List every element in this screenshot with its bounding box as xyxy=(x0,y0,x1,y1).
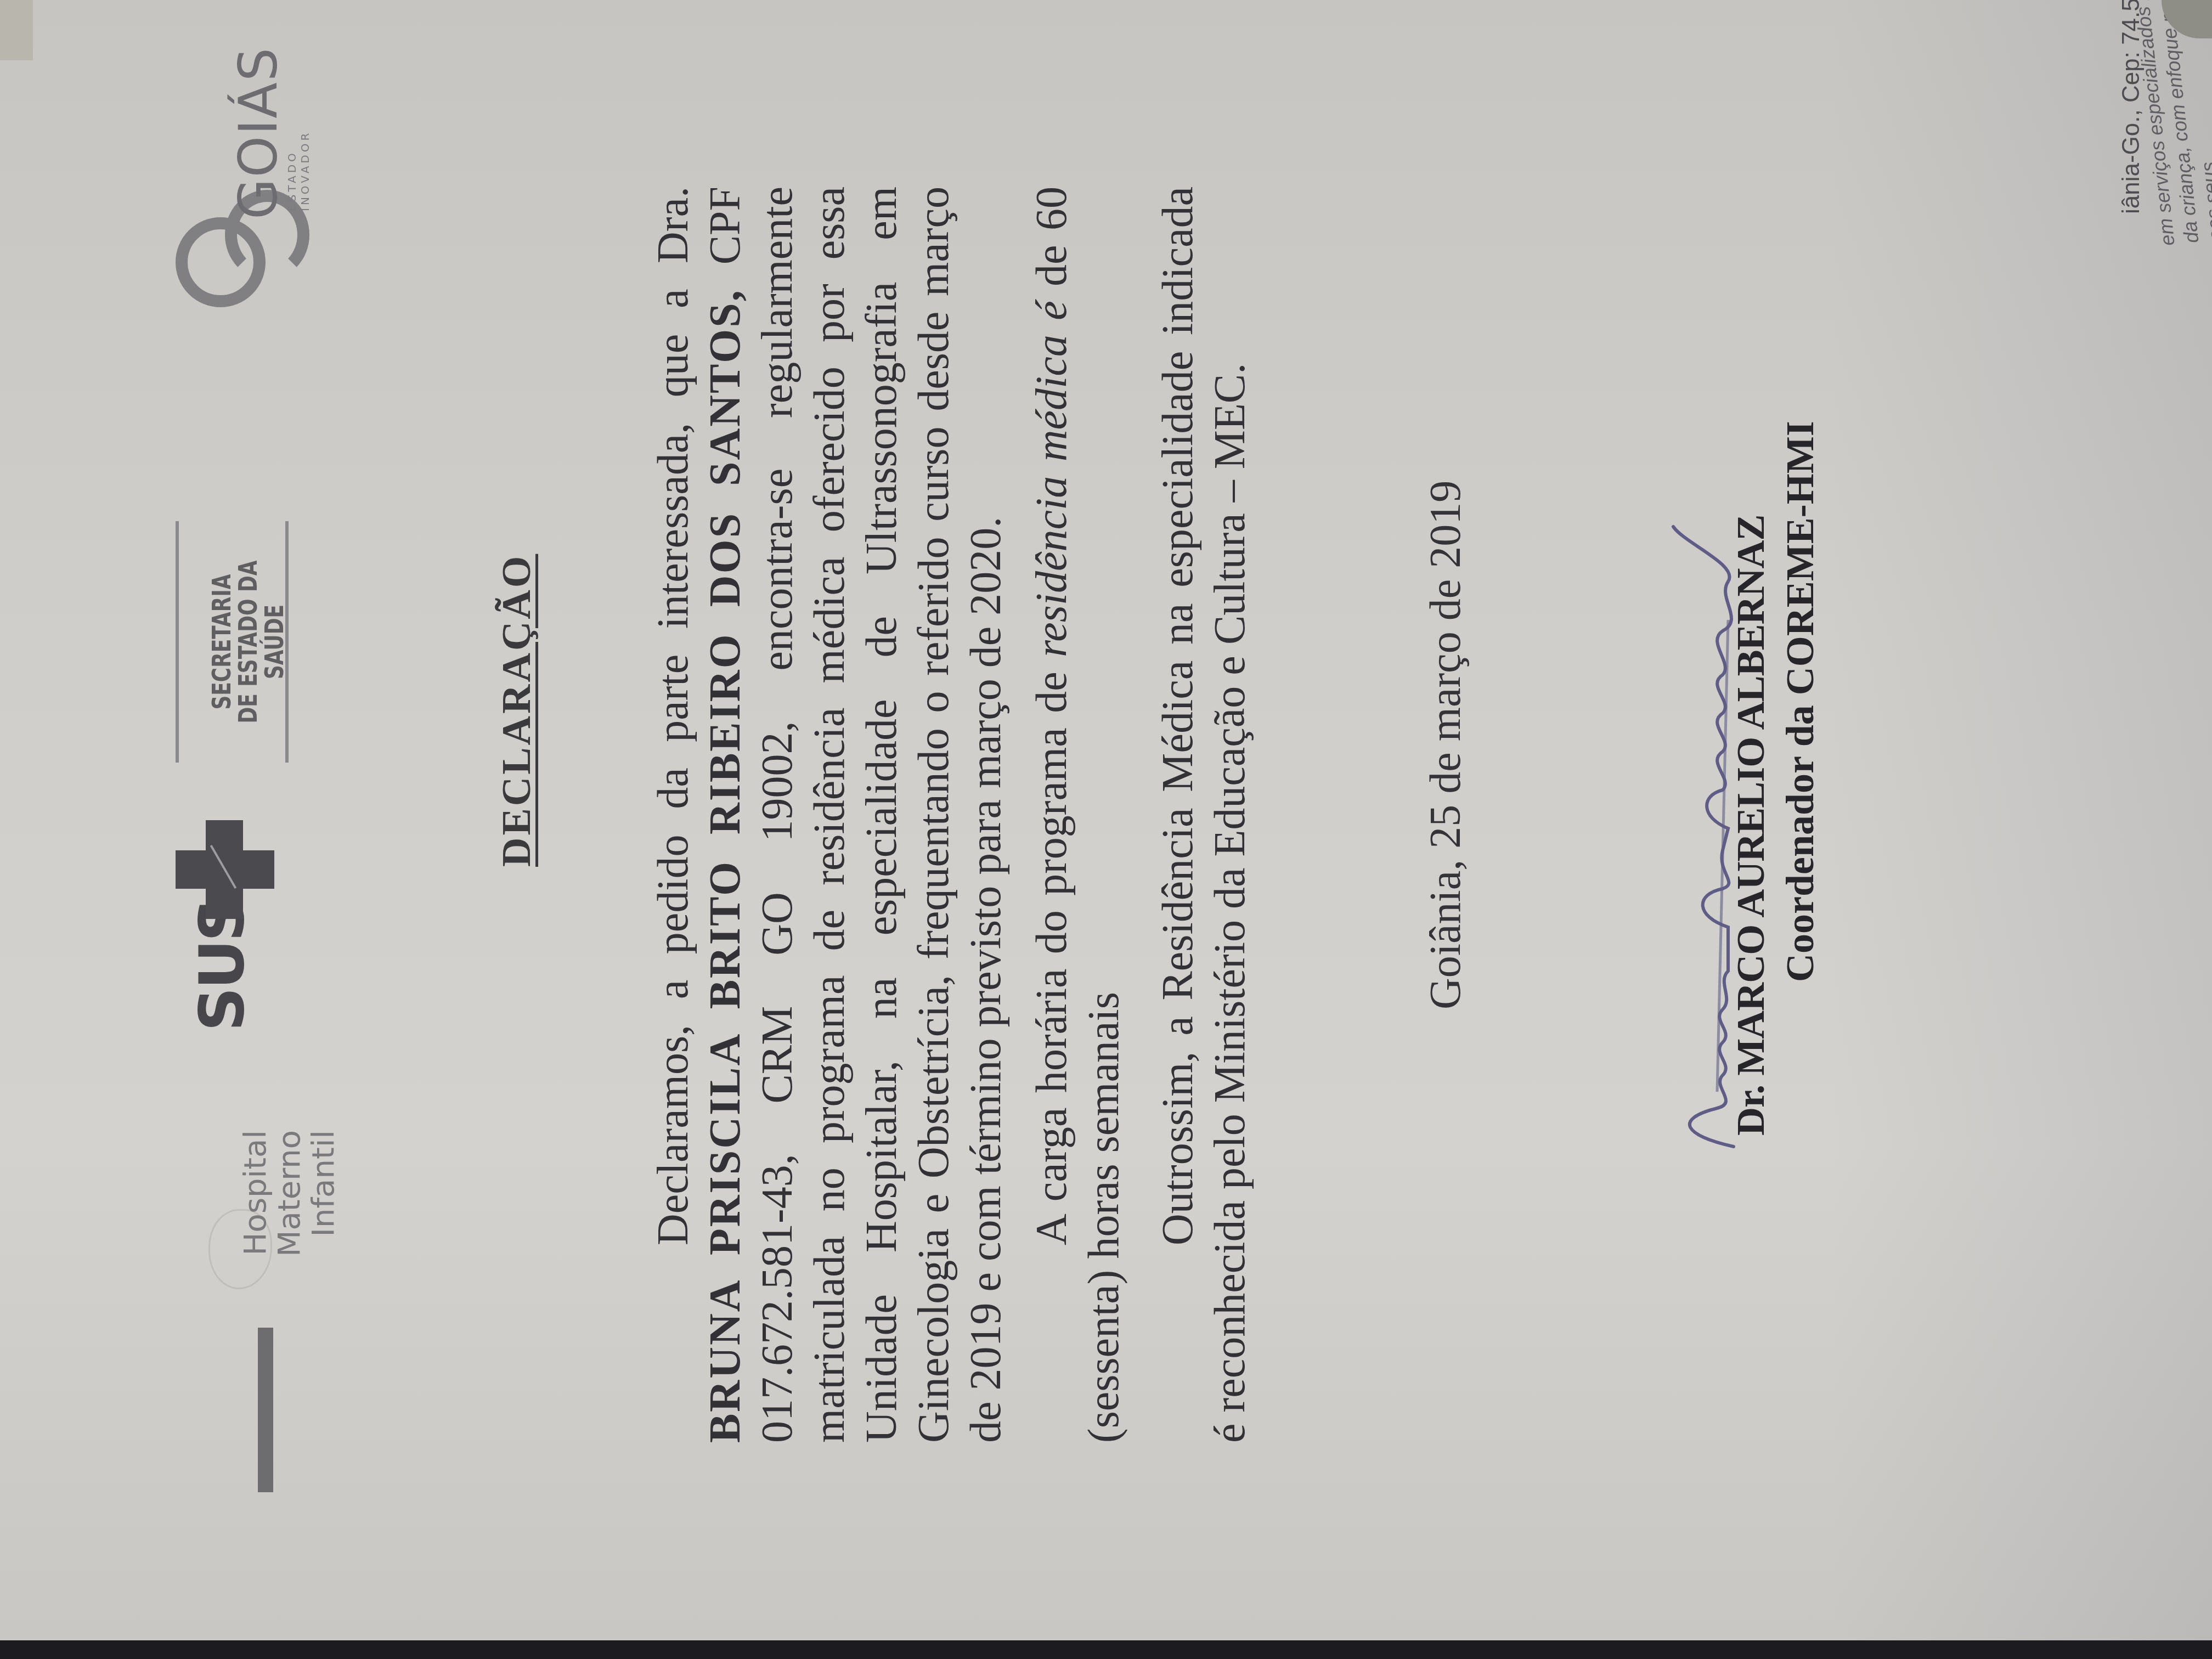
goias-logo: GOIÁS ESTADO INOVADOR xyxy=(165,71,307,324)
background-table-edge xyxy=(0,1638,2212,1659)
paragraph-declaration: Declaramos, a pedido da parte interessad… xyxy=(647,187,1012,1443)
hospital-name: Hospital Materno Infantil xyxy=(239,1130,341,1311)
sus-logo: SUS xyxy=(165,790,274,1031)
document-title: DECLARAÇÃO xyxy=(494,554,540,867)
secretaria-top-rule xyxy=(176,521,179,763)
paragraph-workload: A carga horária do programa de residênci… xyxy=(1026,187,1130,1443)
document-page: Hospital Materno Infantil SUS SECRETARIA… xyxy=(0,0,2212,1640)
secretaria-logo: SECRETARIA DE ESTADO DA SAÚDE xyxy=(176,521,302,763)
hospital-name-line2: Materno Infantil xyxy=(273,1130,341,1311)
goias-label: GOIÁS xyxy=(228,47,289,219)
goias-tagline: ESTADO INOVADOR xyxy=(285,71,312,211)
recognition-text: Outrossim, a Residência Médica na especi… xyxy=(1154,187,1254,1443)
hospital-name-line1: Hospital xyxy=(239,1130,273,1311)
paragraph-recognition: Outrossim, a Residência Médica na especi… xyxy=(1152,187,1256,1443)
signatory-role: Coordenador da COREME-HMI xyxy=(1778,421,1823,982)
secretaria-line1: SECRETARIA xyxy=(208,556,235,727)
signatory-name: Dr. MARCO AURELIO ALBERNAZ xyxy=(1728,515,1774,1136)
resident-name: BRUNA PRISCILA BRITO RIBEIRO DOS SANTOS, xyxy=(701,289,749,1443)
workload-italic: residência médica é xyxy=(1028,301,1076,657)
secretaria-bottom-rule xyxy=(285,521,289,763)
sus-label: SUS xyxy=(187,900,258,1031)
place-date: Goiânia, 25 de março de 2019 xyxy=(1421,481,1471,1009)
page-shadow xyxy=(1827,0,2212,1640)
paragraph-lead: Declaramos, a pedido da parte interessad… xyxy=(649,187,697,1245)
workload-lead: A carga horária do programa de xyxy=(1028,672,1076,1245)
secretaria-line2: DE ESTADO DA SAÚDE xyxy=(235,556,287,727)
secretaria-name: SECRETARIA DE ESTADO DA SAÚDE xyxy=(208,556,287,727)
background-object xyxy=(0,0,33,60)
header-accent-bar xyxy=(258,1328,273,1492)
hospital-logo: Hospital Materno Infantil xyxy=(187,1125,329,1311)
